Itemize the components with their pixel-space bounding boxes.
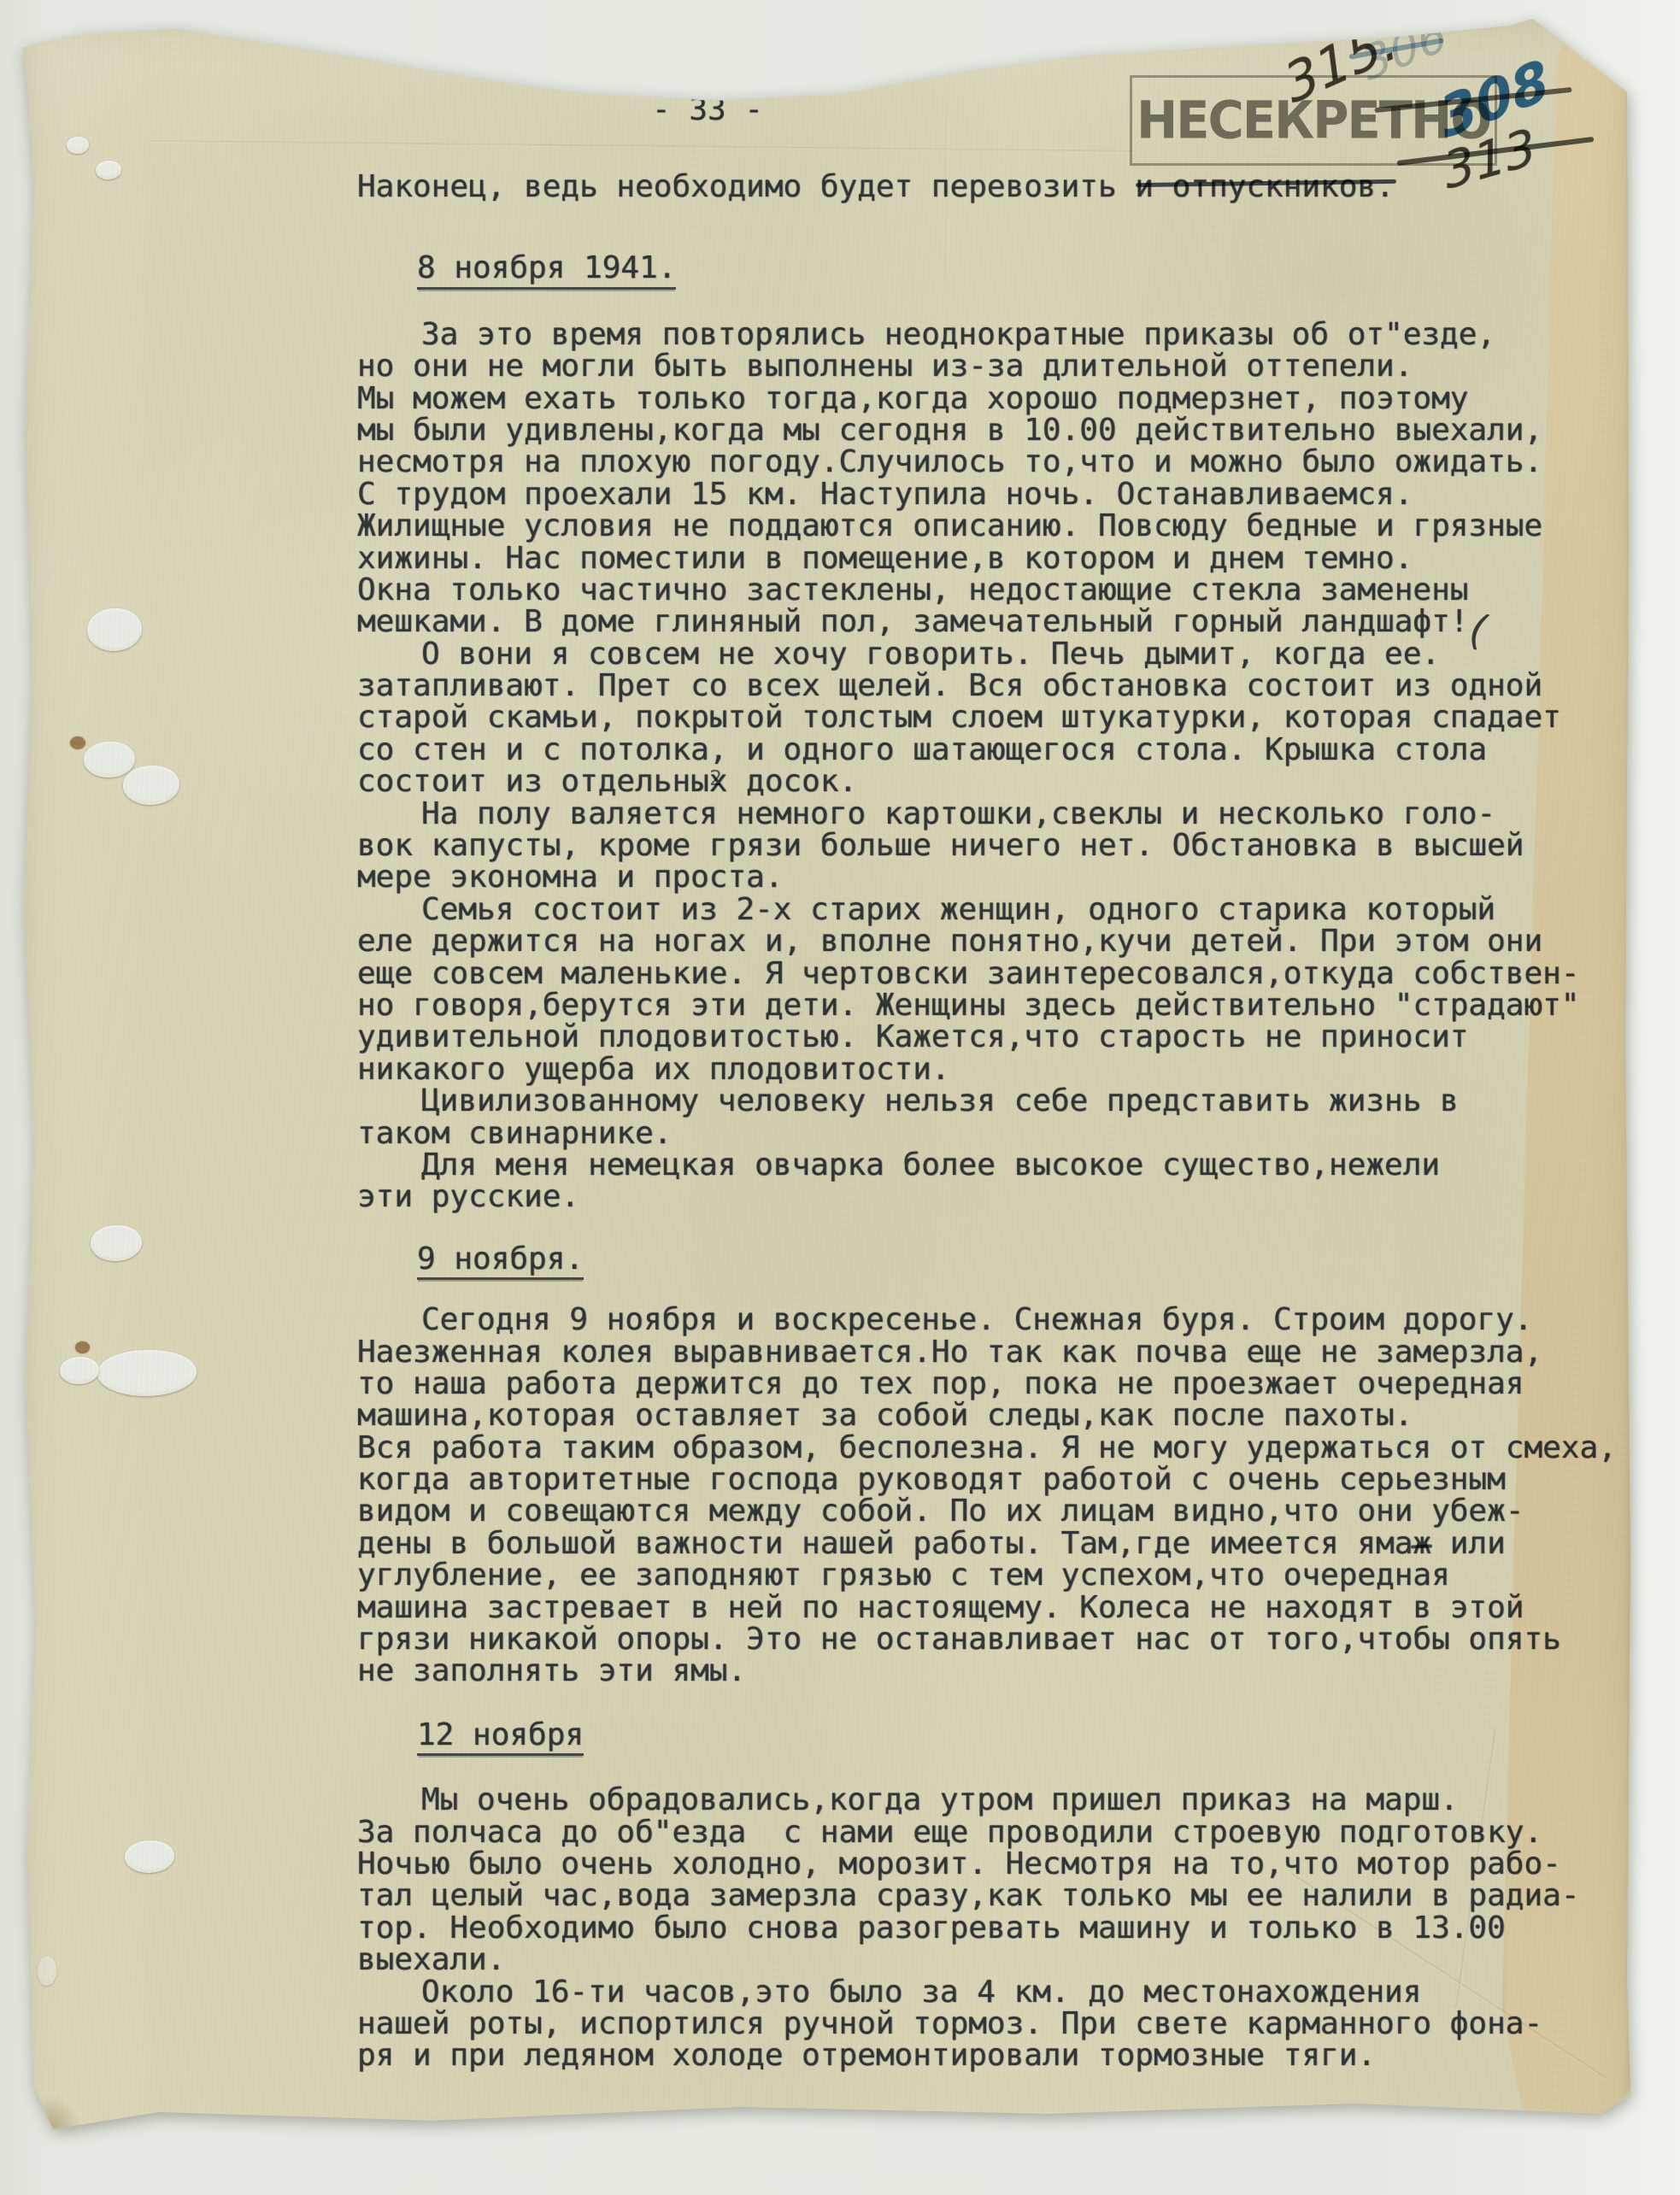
paper-damage-hole [87, 608, 142, 651]
paper-damage-hole [96, 161, 121, 179]
text-line: дены в большой важности нашей работы. Та… [357, 1528, 1617, 1559]
text-line: ря и при ледяном холоде отремонтировали … [357, 2039, 1617, 2071]
text-line: машина застревает в ней по настоящему. К… [357, 1592, 1617, 1623]
text-line: несмотря на плохую погоду.Случилось то,ч… [357, 446, 1617, 478]
page-number: - 33 - [652, 92, 763, 127]
text-line: вок капусты, кроме грязи больше ничего н… [357, 830, 1617, 861]
text-line: На полу валяется немного картошки,свеклы… [357, 798, 1617, 830]
text-line: Около 16-ти часов,это было за 4 км. до м… [357, 1976, 1617, 2008]
text-line: С трудом проехали 15 км. Наступила ночь.… [357, 478, 1617, 510]
text-line: Наезженная колея выравнивается.Но так ка… [357, 1336, 1617, 1368]
text-line: затапливают. Прет со всех щелей. Вся обс… [357, 670, 1617, 701]
text-line: но говоря,берутся эти дети. Женщины здес… [357, 989, 1617, 1021]
paper-damage-hole [60, 1357, 99, 1384]
paper-damage-hole [125, 1840, 174, 1873]
paper-damage-hole [123, 766, 179, 805]
text-line: Цивилизованному человеку нельзя себе пре… [357, 1085, 1617, 1117]
text-line: мы были удивлены,когда мы сегодня в 10.0… [357, 414, 1617, 446]
diary-date-heading-text: 9 ноября. [417, 1243, 584, 1280]
text-line: эти русские. [357, 1181, 1617, 1212]
paper-damage-hole [38, 1957, 56, 1986]
text-line: выехали. [357, 1944, 1617, 1975]
text-line: тор. Необходимо было снова разогревать м… [357, 1912, 1617, 1944]
diary-date-heading-text: 8 ноября 1941. [417, 252, 676, 289]
text-line: Окна только частично застеклены, недоста… [357, 574, 1617, 606]
diary-date-heading-text: 12 ноября [417, 1719, 584, 1756]
text-line: Жилищные условия не поддаются описанию. … [357, 510, 1617, 542]
diary-date-heading: 12 ноября [357, 1719, 1617, 1756]
document-page: - 33 - НЕСЕКРЕТНО 315. 306 308 313 ( 2 Н… [22, 19, 1632, 2155]
text-line: со стен и с потолка, и одного шатающегос… [357, 734, 1617, 766]
text-line: видом и совещаются между собой. По их ли… [357, 1495, 1617, 1527]
text-line: когда авторитетные господа руководят раб… [357, 1464, 1617, 1495]
text-line: состоит из отдельных досок. [357, 766, 1617, 797]
text-line: За это время повторялись неоднократные п… [357, 319, 1617, 350]
paper-crease [150, 140, 1133, 153]
text-line: О вони я совсем не хочу говорить. Печь д… [357, 638, 1617, 670]
text-line: углубление, ее заподняют грязью с тем ус… [357, 1559, 1617, 1591]
diary-date-heading: 9 ноября. [357, 1243, 1617, 1280]
text-line: грязи никакой опоры. Это не останавливае… [357, 1623, 1617, 1655]
text-line: мешками. В доме глиняный пол, замечатель… [357, 606, 1617, 637]
text-line: Сегодня 9 ноября и воскресенье. Снежная … [357, 1304, 1617, 1335]
text-line: Для меня немецкая овчарка более высокое … [357, 1149, 1617, 1181]
paper-damage-hole [91, 1225, 142, 1261]
text-line: За полчаса до об"езда с нами еще проводи… [357, 1816, 1617, 1848]
paper-damage-hole [97, 1350, 197, 1396]
text-line: хижины. Нас поместили в помещение,в кото… [357, 543, 1617, 574]
text-line: но они не могли быть выполнены из-за дли… [357, 350, 1617, 382]
text-line: нашей роты, испортился ручной тормоз. Пр… [357, 2008, 1617, 2039]
paper-damage-spot [75, 1341, 90, 1353]
text-line: то наша работа держится до тех пор, пока… [357, 1368, 1617, 1400]
text-line: Ночью было очень холодно, морозит. Несмо… [357, 1848, 1617, 1880]
typed-correction-mark: 2 [709, 766, 722, 790]
text-line: Семья состоит из 2-х старих женщин, одно… [357, 894, 1617, 925]
text-line: Мы очень обрадовались,когда утром пришел… [357, 1784, 1617, 1816]
text-line: Наконец, ведь необходимо будет перевозит… [357, 171, 1617, 202]
text-line: мере экономна и проста. [357, 861, 1617, 893]
text-line: таком свинарнике. [357, 1118, 1617, 1149]
paper-damage-hole [67, 137, 89, 154]
paper-damage-spot [70, 737, 85, 749]
text-line: еле держится на ногах и, вполне понятно,… [357, 925, 1617, 957]
text-line: никакого ущерба их плодовитости. [357, 1053, 1617, 1085]
text-line: машина,которая оставляет за собой следы,… [357, 1400, 1617, 1431]
typewritten-text-block: Наконец, ведь необходимо будет перевозит… [357, 171, 1617, 2072]
paper-damage-smudge [24, 2095, 80, 2158]
text-line: еще совсем маленькие. Я чертовски заинте… [357, 958, 1617, 989]
paper-damage-hole [84, 742, 135, 778]
text-line: Вся работа таким образом, бесполезна. Я … [357, 1432, 1617, 1464]
document-page-wrap: - 33 - НЕСЕКРЕТНО 315. 306 308 313 ( 2 Н… [22, 19, 1632, 2155]
text-line: удивительной плодовитостью. Кажется,что … [357, 1021, 1617, 1053]
text-line: старой скамьи, покрытой толстым слоем шт… [357, 701, 1617, 733]
text-line: не заполнять эти ямы. [357, 1655, 1617, 1687]
diary-date-heading: 8 ноября 1941. [357, 252, 1617, 289]
text-line: тал целый час,вода замерзла сразу,как то… [357, 1880, 1617, 1911]
text-line: Мы можем ехать только тогда,когда хорошо… [357, 383, 1617, 414]
